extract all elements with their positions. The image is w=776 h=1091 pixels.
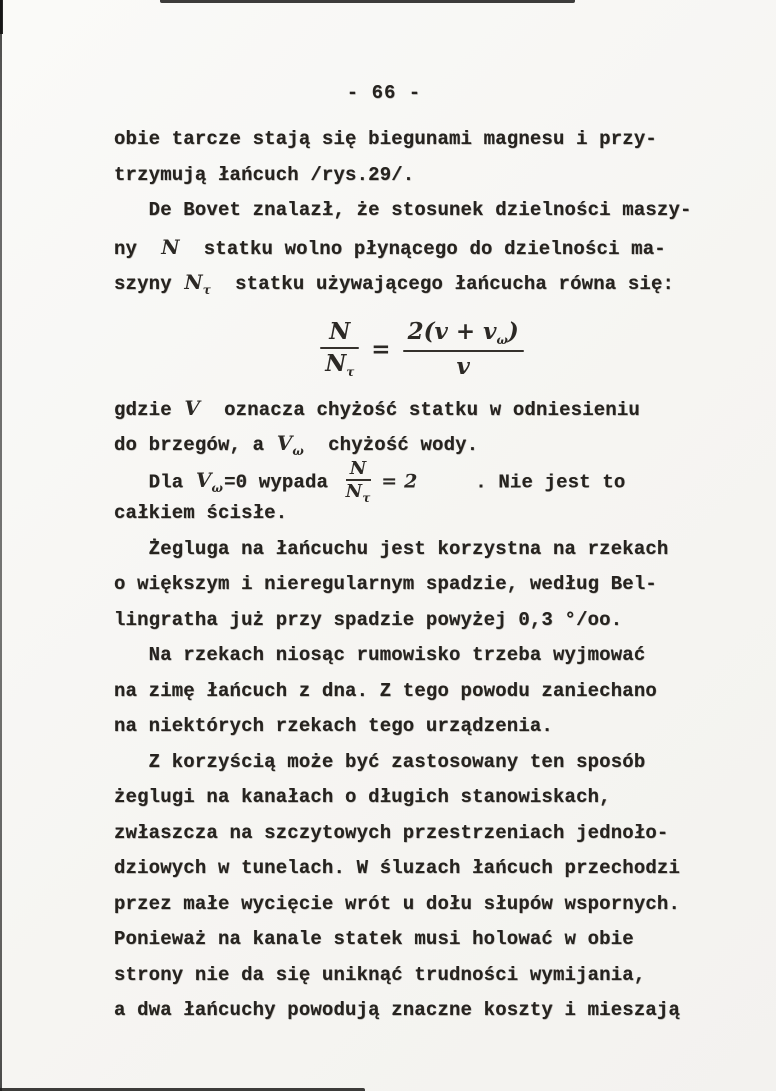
fraction-bar	[320, 347, 359, 349]
math-symbol: V	[183, 396, 201, 420]
scan-edge-top	[160, 0, 575, 3]
text-line: przez małe wycięcie wrót u dołu słupów w…	[114, 893, 689, 929]
text-segment: szyny	[114, 273, 183, 295]
text-line: dziowych w tunelach. W śluzach łańcuch p…	[114, 857, 689, 893]
text-line: żeglugi na kanałach o długich stanowiska…	[114, 786, 689, 822]
text-segment: do brzegów, a	[114, 434, 276, 456]
text-segment: statku wolno płynącego do dzielności ma-	[181, 238, 666, 260]
text-segment: żeglugi na kanałach o długich stanowiska…	[114, 786, 611, 808]
text-line: szyny Nτ statku używającego łańcucha rów…	[114, 270, 689, 306]
text-line: Ponieważ na kanale statek musi holować w…	[114, 928, 689, 964]
formula-rhs-denominator: v	[452, 354, 475, 380]
inline-fraction-numerator: N	[350, 459, 367, 479]
text-segment: o większym i nieregularnym spadzie, wedł…	[114, 573, 657, 595]
inline-fraction-rhs: = 2	[375, 470, 418, 492]
math-symbol: Nτ	[183, 270, 212, 294]
text-line: obie tarcze stają się biegunami magnesu …	[114, 128, 689, 164]
scan-edge-left	[0, 0, 2, 1091]
text-line: Żegluga na łańcuchu jest korzystna na rz…	[114, 538, 689, 574]
formula-lhs-denominator: Nτ	[320, 351, 359, 380]
text-block: obie tarcze stają się biegunami magnesu …	[114, 128, 689, 1035]
text-segment: strony nie da się uniknąć trudności wymi…	[114, 964, 645, 986]
text-segment: De Bovet znalazł, że stosunek dzielności…	[114, 199, 692, 221]
text-line: Dla Vω=0 wypada NNτ = 2 . Nie jest to	[114, 467, 689, 503]
math-symbol: Vω	[195, 468, 224, 492]
formula-row: N Nτ = 2(v + vω) v	[152, 308, 692, 392]
math-subscript: ω	[212, 481, 224, 495]
formula-lhs-fraction: N Nτ	[320, 319, 359, 380]
math-subscript: τ	[203, 283, 211, 297]
math-subscript: τ	[362, 491, 370, 505]
text-line: gdzie V oznacza chyżość statku w odniesi…	[114, 396, 689, 432]
text-line: na zimę łańcuch z dna. Z tego powodu zan…	[114, 680, 689, 716]
text-line: na niektórych rzekach tego urządzenia.	[114, 715, 689, 751]
scanned-document-page: { "page": { "number": "- 66 -" }, "formu…	[0, 0, 776, 1091]
text-segment: a dwa łańcuchy powodują znaczne koszty i…	[114, 999, 680, 1021]
math-symbol: N	[160, 235, 180, 259]
text-line: o większym i nieregularnym spadzie, wedł…	[114, 573, 689, 609]
page-number: - 66 -	[114, 82, 654, 104]
text-line: strony nie da się uniknąć trudności wymi…	[114, 964, 689, 1000]
text-segment: chyżość wody.	[305, 434, 478, 456]
text-line: zwłaszcza na szczytowych przestrzeniach …	[114, 822, 689, 858]
text-line: trzymują łańcuch /rys.29/.	[114, 164, 689, 200]
text-segment: Żegluga na łańcuchu jest korzystna na rz…	[114, 538, 669, 560]
math-symbol: Vω	[276, 431, 305, 455]
text-segment: Z korzyścią może być zastosowany ten spo…	[114, 751, 645, 773]
text-line: całkiem ścisłe.	[114, 502, 689, 538]
text-segment: obie tarcze stają się biegunami magnesu …	[114, 128, 657, 150]
formula-rhs-numerator: 2(v + vω)	[403, 319, 524, 348]
text-line: do brzegów, a Vω chyżość wody.	[114, 431, 689, 467]
text-segment: statku używającego łańcucha równa się:	[212, 273, 674, 295]
text-segment: całkiem ścisłe.	[114, 502, 287, 524]
text-segment: ny	[114, 238, 160, 260]
math-subscript: ω	[292, 444, 304, 458]
text-line: De Bovet znalazł, że stosunek dzielności…	[114, 199, 689, 235]
formula-rhs-num-sub: ω	[496, 333, 507, 347]
formula-equals: =	[371, 336, 390, 363]
inline-fraction: NNτ	[346, 459, 371, 506]
text-segment: oznacza chyżość statku w odniesieniu	[201, 399, 640, 421]
formula-lhs-den-sub: τ	[346, 365, 354, 379]
text-segment: Ponieważ na kanale statek musi holować w…	[114, 928, 634, 950]
scan-corner-mark	[0, 0, 3, 34]
text-segment: dziowych w tunelach. W śluzach łańcuch p…	[114, 857, 680, 879]
text-line: a dwa łańcuchy powodują znaczne koszty i…	[114, 999, 689, 1035]
text-segment: zwłaszcza na szczytowych przestrzeniach …	[114, 822, 669, 844]
text-segment: Na rzekach niosąc rumowisko trzeba wyjmo…	[114, 644, 645, 666]
text-segment: =0 wypada	[224, 471, 340, 493]
text-line: Z korzyścią może być zastosowany ten spo…	[114, 751, 689, 787]
text-line: Na rzekach niosąc rumowisko trzeba wyjmo…	[114, 644, 689, 680]
formula-rhs-fraction: 2(v + vω) v	[403, 319, 524, 380]
inline-fraction-denominator: Nτ	[346, 482, 371, 505]
text-segment: na niektórych rzekach tego urządzenia.	[114, 715, 553, 737]
text-line: lingratha już przy spadzie powyżej 0,3 °…	[114, 609, 689, 645]
text-segment: na zimę łańcuch z dna. Z tego powodu zan…	[114, 680, 657, 702]
text-segment: gdzie	[114, 399, 183, 421]
text-segment: Dla	[114, 471, 195, 493]
formula-rhs-num-prefix: 2(v + v	[408, 318, 497, 345]
page-content: - 66 - obie tarcze stają się biegunami m…	[114, 82, 689, 1035]
text-segment: trzymują łańcuch /rys.29/.	[114, 164, 414, 186]
text-segment: przez małe wycięcie wrót u dołu słupów w…	[114, 893, 680, 915]
fraction-bar	[403, 350, 524, 352]
formula-rhs-num-suffix: )	[508, 318, 519, 345]
text-segment: lingratha już przy spadzie powyżej 0,3 °…	[114, 609, 622, 631]
formula-lhs-numerator: N	[324, 319, 355, 345]
text-line: ny N statku wolno płynącego do dzielnośc…	[114, 235, 689, 271]
formula-lhs-den-main: N	[325, 350, 346, 377]
formula: N Nτ = 2(v + vω) v	[320, 319, 524, 380]
text-segment: . Nie jest to	[417, 471, 625, 493]
